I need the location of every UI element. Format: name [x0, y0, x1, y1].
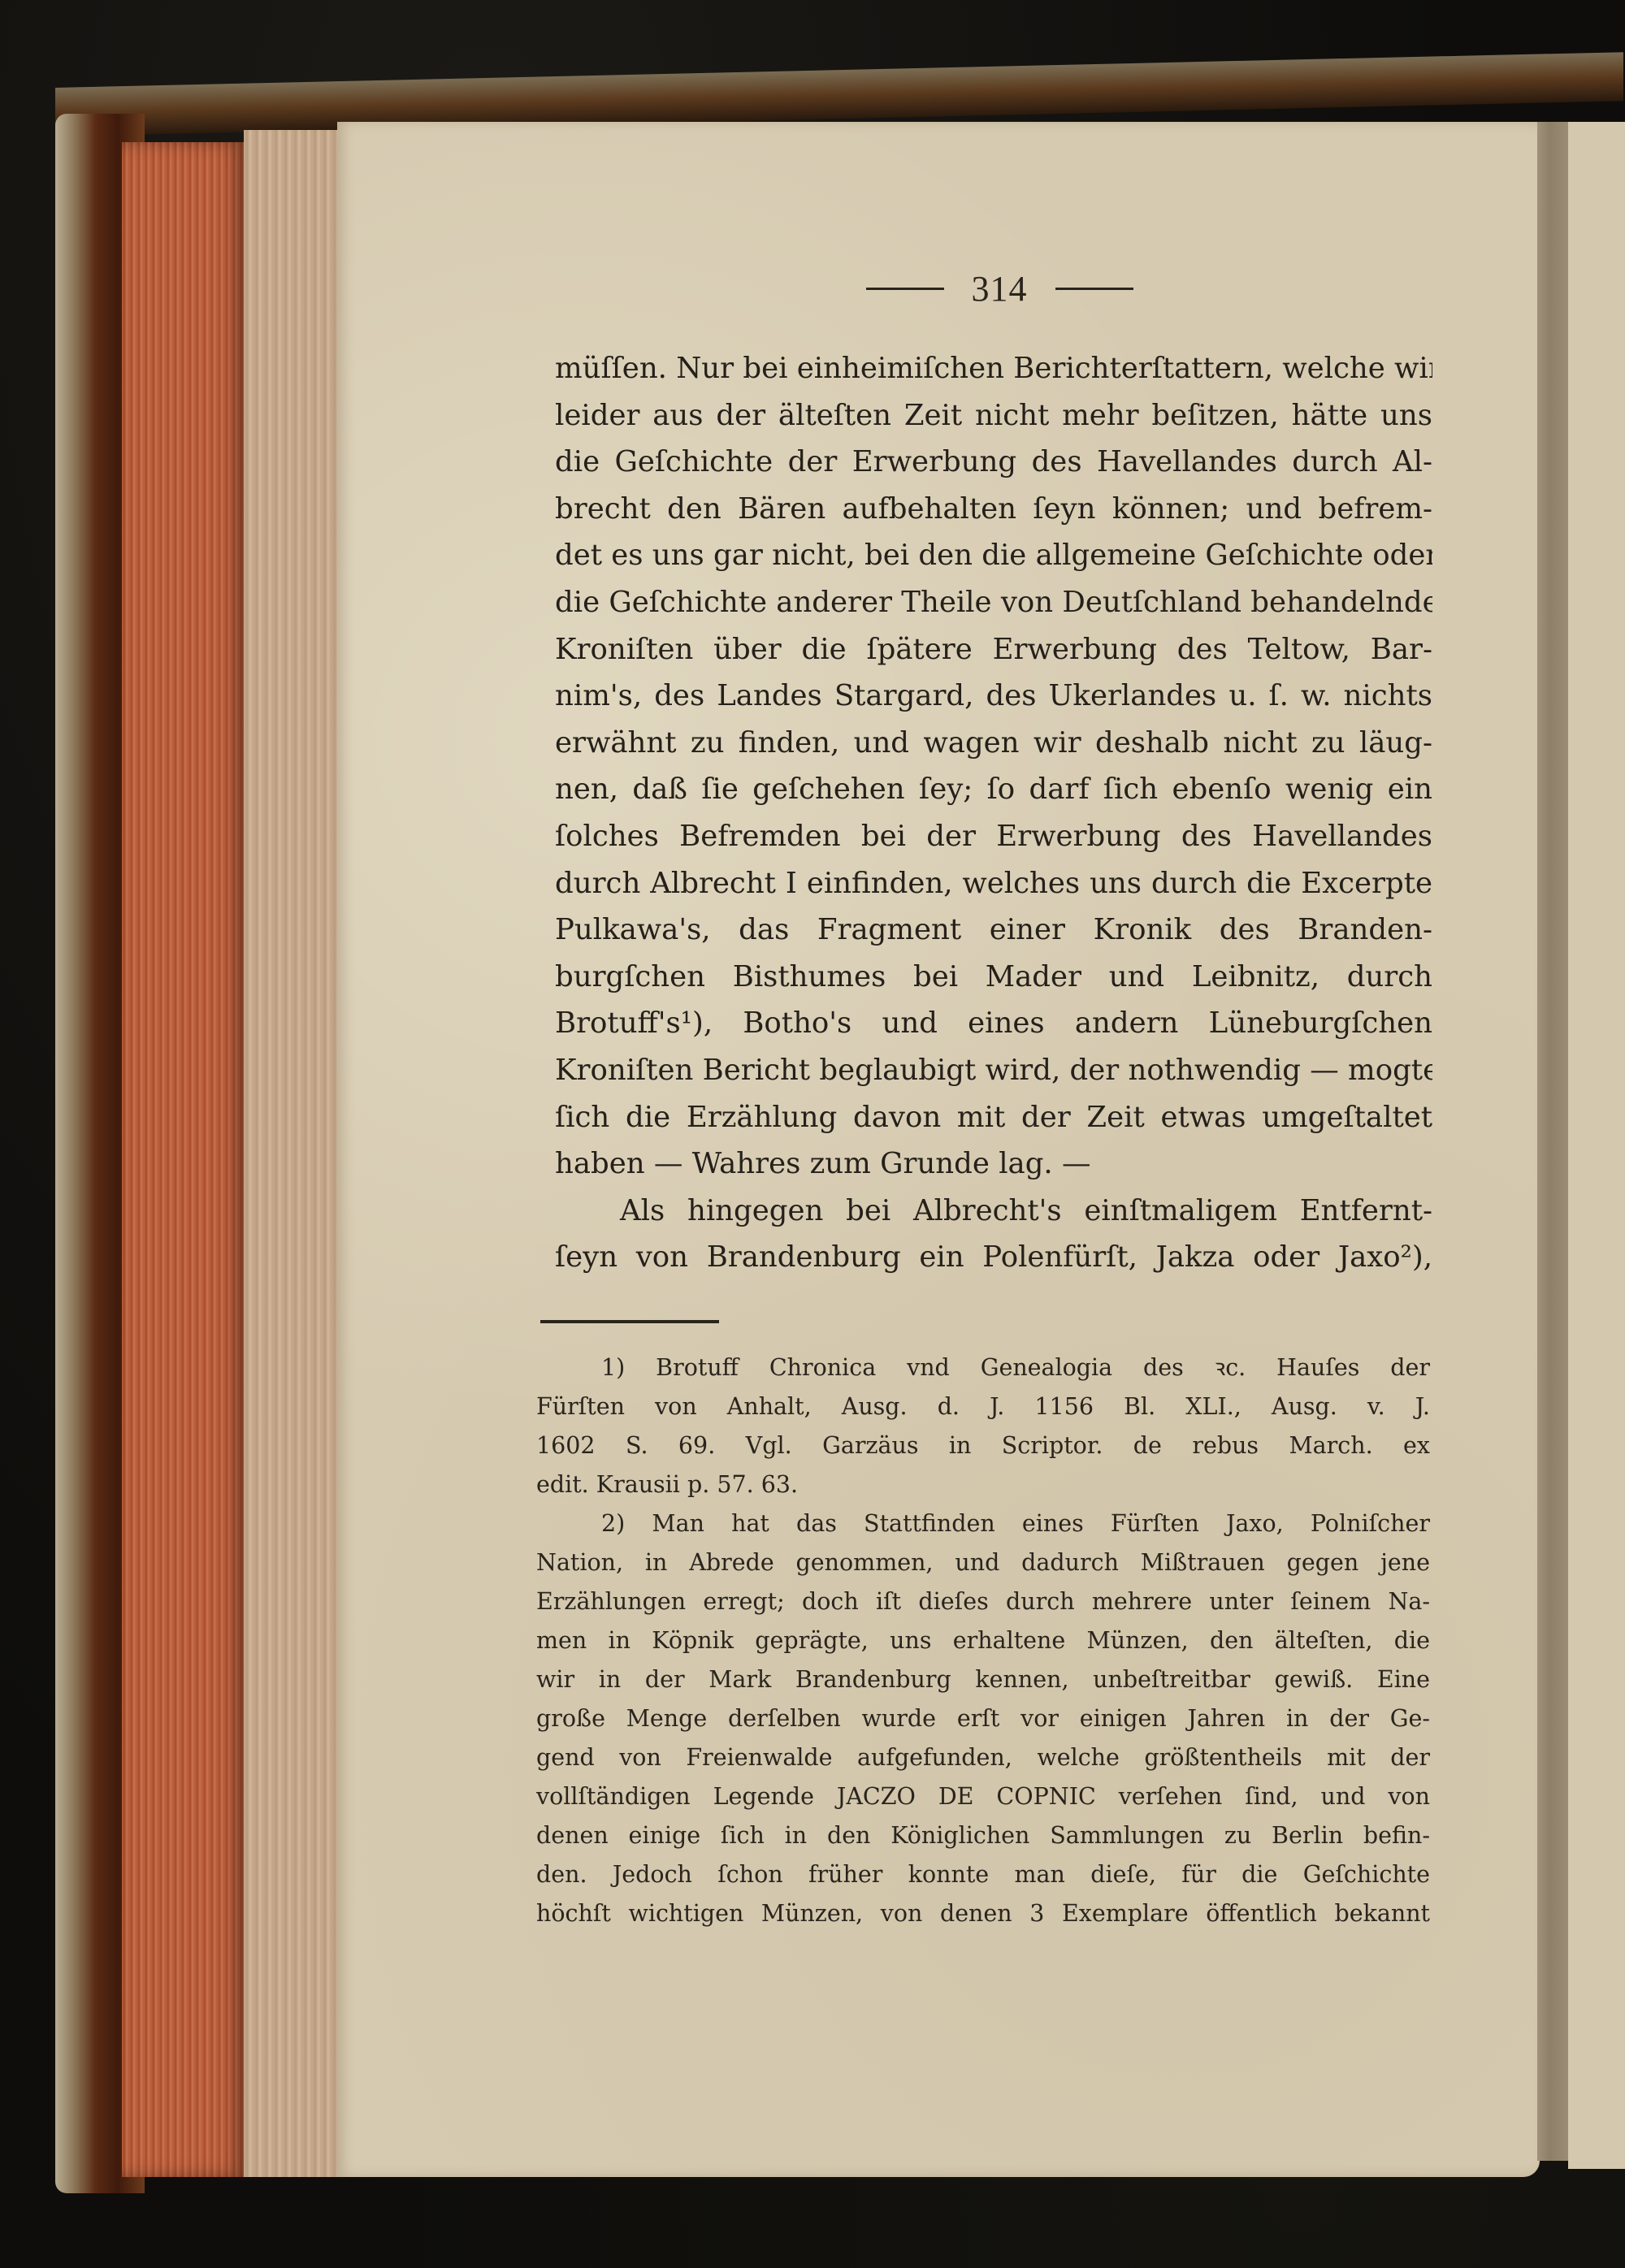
- footnote-2-line: Erzählungen erregt; doch iſt dieſes durc…: [536, 1582, 1430, 1621]
- text-line: die Geſchichte anderer Theile von Deutſc…: [555, 579, 1432, 626]
- book-gutter: [1537, 122, 1568, 2161]
- running-head: 314: [845, 268, 1154, 309]
- text-line: haben — Wahres zum Grunde lag. —: [555, 1140, 1432, 1188]
- page-stack-red-edge: [122, 142, 244, 2177]
- paragraph-start-line: Als hingegen bei Albrecht's einſtmaligem…: [555, 1188, 1432, 1235]
- text-line: nim's, des Landes Stargard, des Ukerland…: [555, 673, 1432, 720]
- text-line: brecht den Bären aufbehalten ſeyn können…: [555, 486, 1432, 533]
- text-line: Kroniſten über die ſpätere Erwerbung des…: [555, 626, 1432, 673]
- text-line: erwähnt zu finden, und wagen wir deshalb…: [555, 720, 1432, 767]
- footnote-2-line: wir in der Mark Brandenburg kennen, unbe…: [536, 1660, 1430, 1699]
- footnote-2-line: den. Jedoch ſchon früher konnte man dieſ…: [536, 1855, 1430, 1894]
- text-line: Brotuff's¹), Botho's und eines andern Lü…: [555, 1000, 1432, 1047]
- footnote-2-line: Nation, in Abrede genommen, und dadurch …: [536, 1543, 1430, 1582]
- text-line: Pulkawa's, das Fragment einer Kronik des…: [555, 907, 1432, 954]
- folio-dash-right: [1055, 288, 1133, 290]
- footnote-separator-rule: [540, 1320, 719, 1323]
- footnote-2-line: men in Köpnik geprägte, uns erhaltene Mü…: [536, 1621, 1430, 1660]
- folio-dash-left: [866, 288, 944, 290]
- footnote-1-line: Fürſten von Anhalt, Ausg. d. J. 1156 Bl.…: [536, 1387, 1430, 1426]
- page-stack-edge: [244, 130, 341, 2177]
- footnote-2-line: vollſtändigen Legende JACZO DE COPNIC ve…: [536, 1777, 1430, 1816]
- text-line: ſolches Befremden bei der Erwerbung des …: [555, 813, 1432, 860]
- footnote-2-line: 2) Man hat das Stattfinden eines Fürſten…: [536, 1504, 1430, 1543]
- footnotes: 1) Brotuff Chronica vnd Genealogia des ꝛ…: [536, 1348, 1430, 1933]
- body-text: müſſen. Nur bei einheimiſchen Berichterſ…: [555, 345, 1432, 1281]
- text-line: nen, daß ſie geſchehen ſey; ſo darf ſich…: [555, 766, 1432, 813]
- text-line: det es uns gar nicht, bei den die allgem…: [555, 532, 1432, 579]
- text-line: Kroniſten Bericht beglaubigt wird, der n…: [555, 1047, 1432, 1094]
- footnote-2-line: gend von Freienwalde aufgefunden, welche…: [536, 1738, 1430, 1777]
- footnote-2-line: höchſt wichtigen Münzen, von denen 3 Exe…: [536, 1894, 1430, 1933]
- text-line: burgſchen Bisthumes bei Mader und Leibni…: [555, 954, 1432, 1001]
- text-line: leider aus der älteſten Zeit nicht mehr …: [555, 392, 1432, 439]
- text-line: müſſen. Nur bei einheimiſchen Berichterſ…: [555, 345, 1432, 392]
- footnote-2-line: denen einige ſich in den Königlichen Sam…: [536, 1816, 1430, 1855]
- footnote-1-line: 1602 S. 69. Vgl. Garzäus in Scriptor. de…: [536, 1426, 1430, 1465]
- footnote-2-line: große Menge derſelben wurde erſt vor ein…: [536, 1699, 1430, 1738]
- text-line: durch Albrecht I einfinden, welches uns …: [555, 860, 1432, 907]
- facing-page-edge: [1568, 122, 1625, 2169]
- page-number: 314: [972, 268, 1028, 309]
- text-line: ſeyn von Brandenburg ein Polenfürſt, Jak…: [555, 1234, 1432, 1281]
- text-line: ſich die Erzählung davon mit der Zeit et…: [555, 1094, 1432, 1141]
- footnote-1-line: edit. Krausii p. 57. 63.: [536, 1465, 1430, 1504]
- text-line: die Geſchichte der Erwerbung des Havella…: [555, 439, 1432, 486]
- footnote-1-line: 1) Brotuff Chronica vnd Genealogia des ꝛ…: [536, 1348, 1430, 1387]
